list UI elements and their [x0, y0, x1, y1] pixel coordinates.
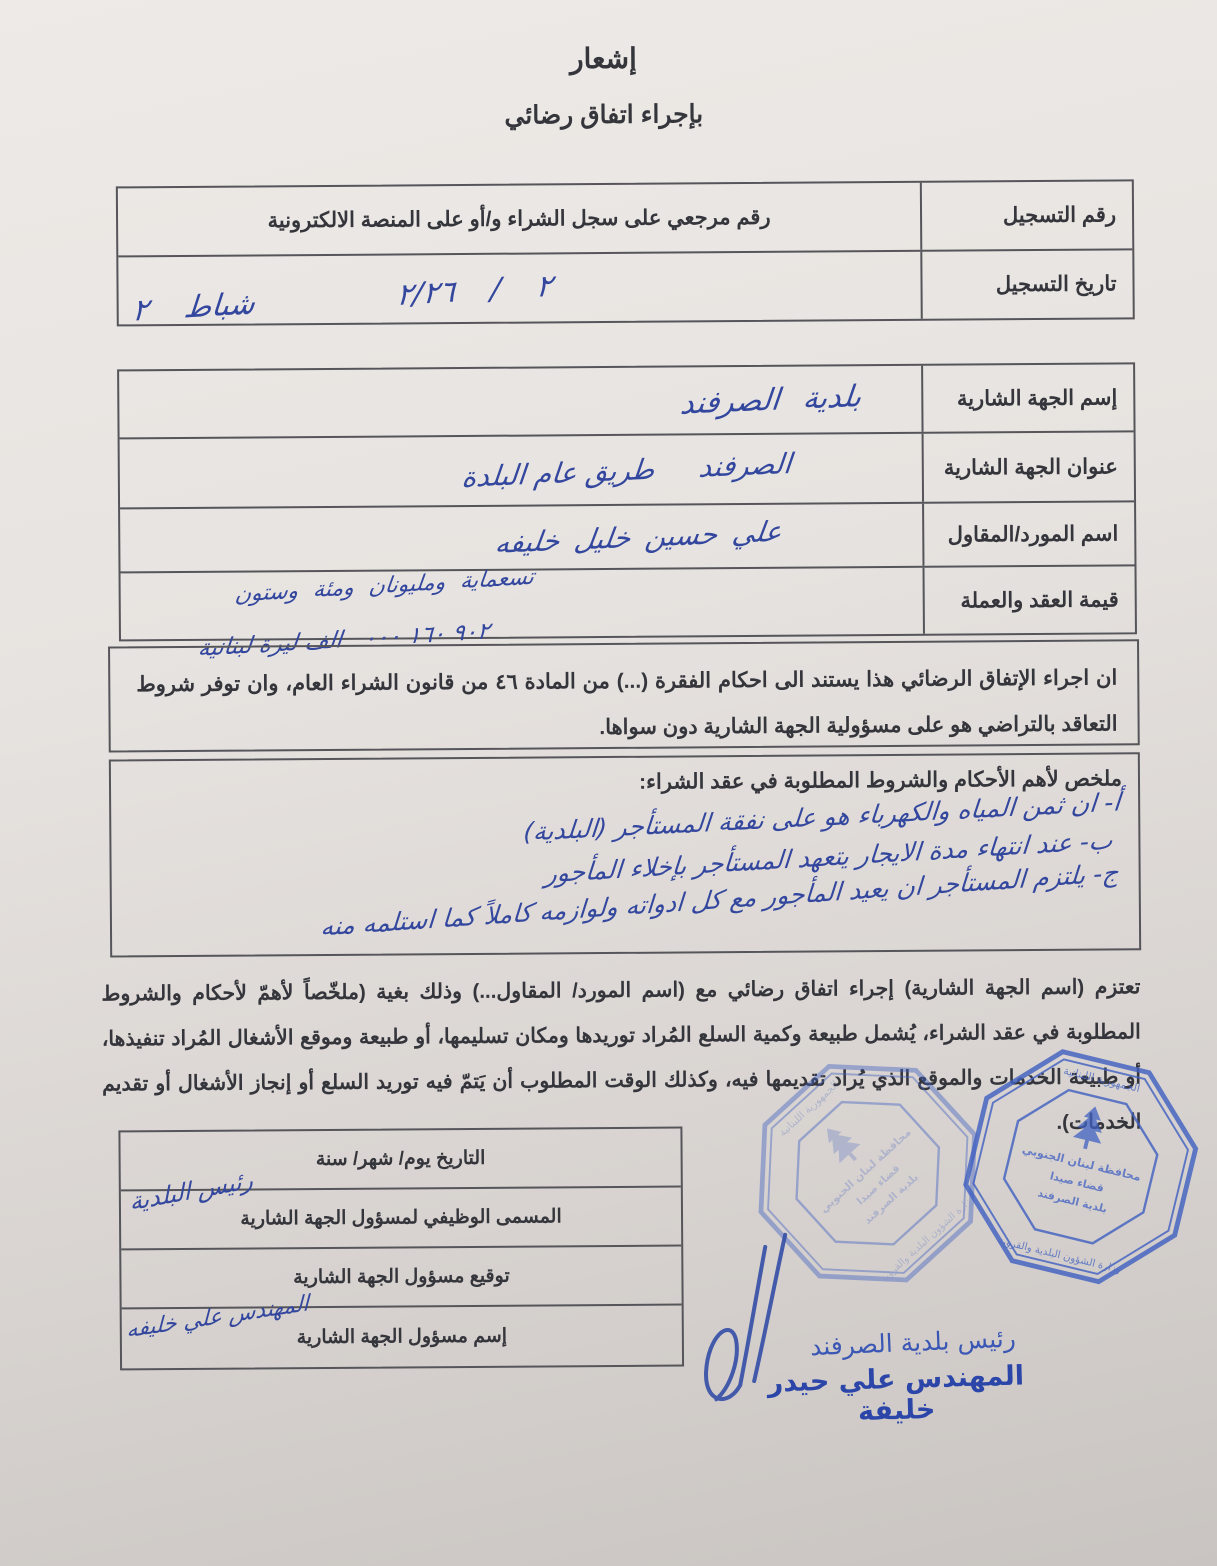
handwritten-entity-address: الصرفند طريق عام البلدة: [461, 446, 794, 493]
cedar-icon: [1071, 1103, 1110, 1152]
entity-table: إسم الجهة الشارية بلدية الصرفند عنوان ال…: [117, 362, 1137, 641]
row-value: علي حسين خليل خليفه: [120, 504, 922, 572]
handwritten-date-number: ٢ / ٢/٢٦: [395, 269, 553, 313]
handwritten-supplier-name: علي حسين خليل خليفه: [494, 514, 785, 559]
scanned-document-page: إشعار بإجراء اتفاق رضائي رقم التسجيل رقم…: [0, 0, 1217, 1566]
signature-row-label: توقيع مسؤول الجهة الشارية: [121, 1264, 681, 1291]
table-row-registration-date: تاريخ التسجيل ٢ / ٢/٢٦ شباط ٢: [118, 250, 1132, 324]
signature-stroke: [739, 1247, 766, 1385]
document-title: إشعار: [0, 38, 1212, 79]
table-row-official-name: إسم مسؤول الجهة الشارية المهندس علي خليف…: [122, 1306, 682, 1369]
table-row-entity-name: إسم الجهة الشارية بلدية الصرفند: [119, 364, 1133, 439]
row-label: رقم التسجيل: [920, 181, 1132, 249]
row-label: اسم المورد/المقاول: [922, 502, 1134, 565]
row-label: إسم الجهة الشارية: [921, 364, 1133, 431]
handwritten-entity-name: بلدية الصرفند: [678, 378, 862, 421]
document-subtitle: بإجراء اتفاق رضائي: [0, 96, 1212, 134]
row-label: عنوان الجهة الشارية: [922, 432, 1134, 501]
table-row-contract-value: قيمة العقد والعملة تسعماية ومليونان ومئة…: [121, 566, 1135, 639]
cedar-icon: [816, 1119, 866, 1170]
signature-table: التاريخ يوم/ شهر/ سنة المسمى الوظيفي لمس…: [118, 1126, 684, 1370]
row-value: تسعماية ومليونان ومئة وستون ٩٠٢ ١٦٠ ٠٠٠ …: [121, 568, 923, 640]
row-label: قيمة العقد والعملة: [923, 566, 1135, 633]
signature-row-label: التاريخ يوم/ شهر/ سنة: [121, 1146, 681, 1173]
scan-content: إشعار بإجراء اتفاق رضائي رقم التسجيل رقم…: [0, 0, 1217, 1566]
signatory-name: المهندس علي حيدر خليفة: [727, 1359, 1065, 1430]
table-row-job-title: المسمى الوظيفي لمسؤول الجهة الشارية رئيس…: [121, 1188, 681, 1251]
legal-clause-box: ان اجراء الإتفاق الرضائي هذا يستند الى ا…: [108, 639, 1140, 752]
table-row-entity-address: عنوان الجهة الشارية الصرفند طريق عام الب…: [120, 432, 1134, 509]
signature-row-label: المسمى الوظيفي لمسؤول الجهة الشارية: [121, 1205, 681, 1232]
row-value: بلدية الصرفند: [119, 366, 921, 438]
summary-box: ملخص لأهم الأحكام والشروط المطلوبة في عق…: [109, 752, 1141, 957]
row-value: ٢ / ٢/٢٦ شباط ٢: [118, 252, 920, 325]
row-value: الصرفند طريق عام البلدة: [120, 434, 922, 508]
table-row-signature: توقيع مسؤول الجهة الشارية: [121, 1247, 681, 1310]
row-label: تاريخ التسجيل: [920, 250, 1132, 318]
legal-clause-text: ان اجراء الإتفاق الرضائي هذا يستند الى ا…: [110, 641, 1138, 754]
handwritten-date-month: شباط ٢: [131, 286, 256, 329]
registration-table: رقم التسجيل رقم مرجعي على سجل الشراء و/أ…: [116, 179, 1135, 326]
